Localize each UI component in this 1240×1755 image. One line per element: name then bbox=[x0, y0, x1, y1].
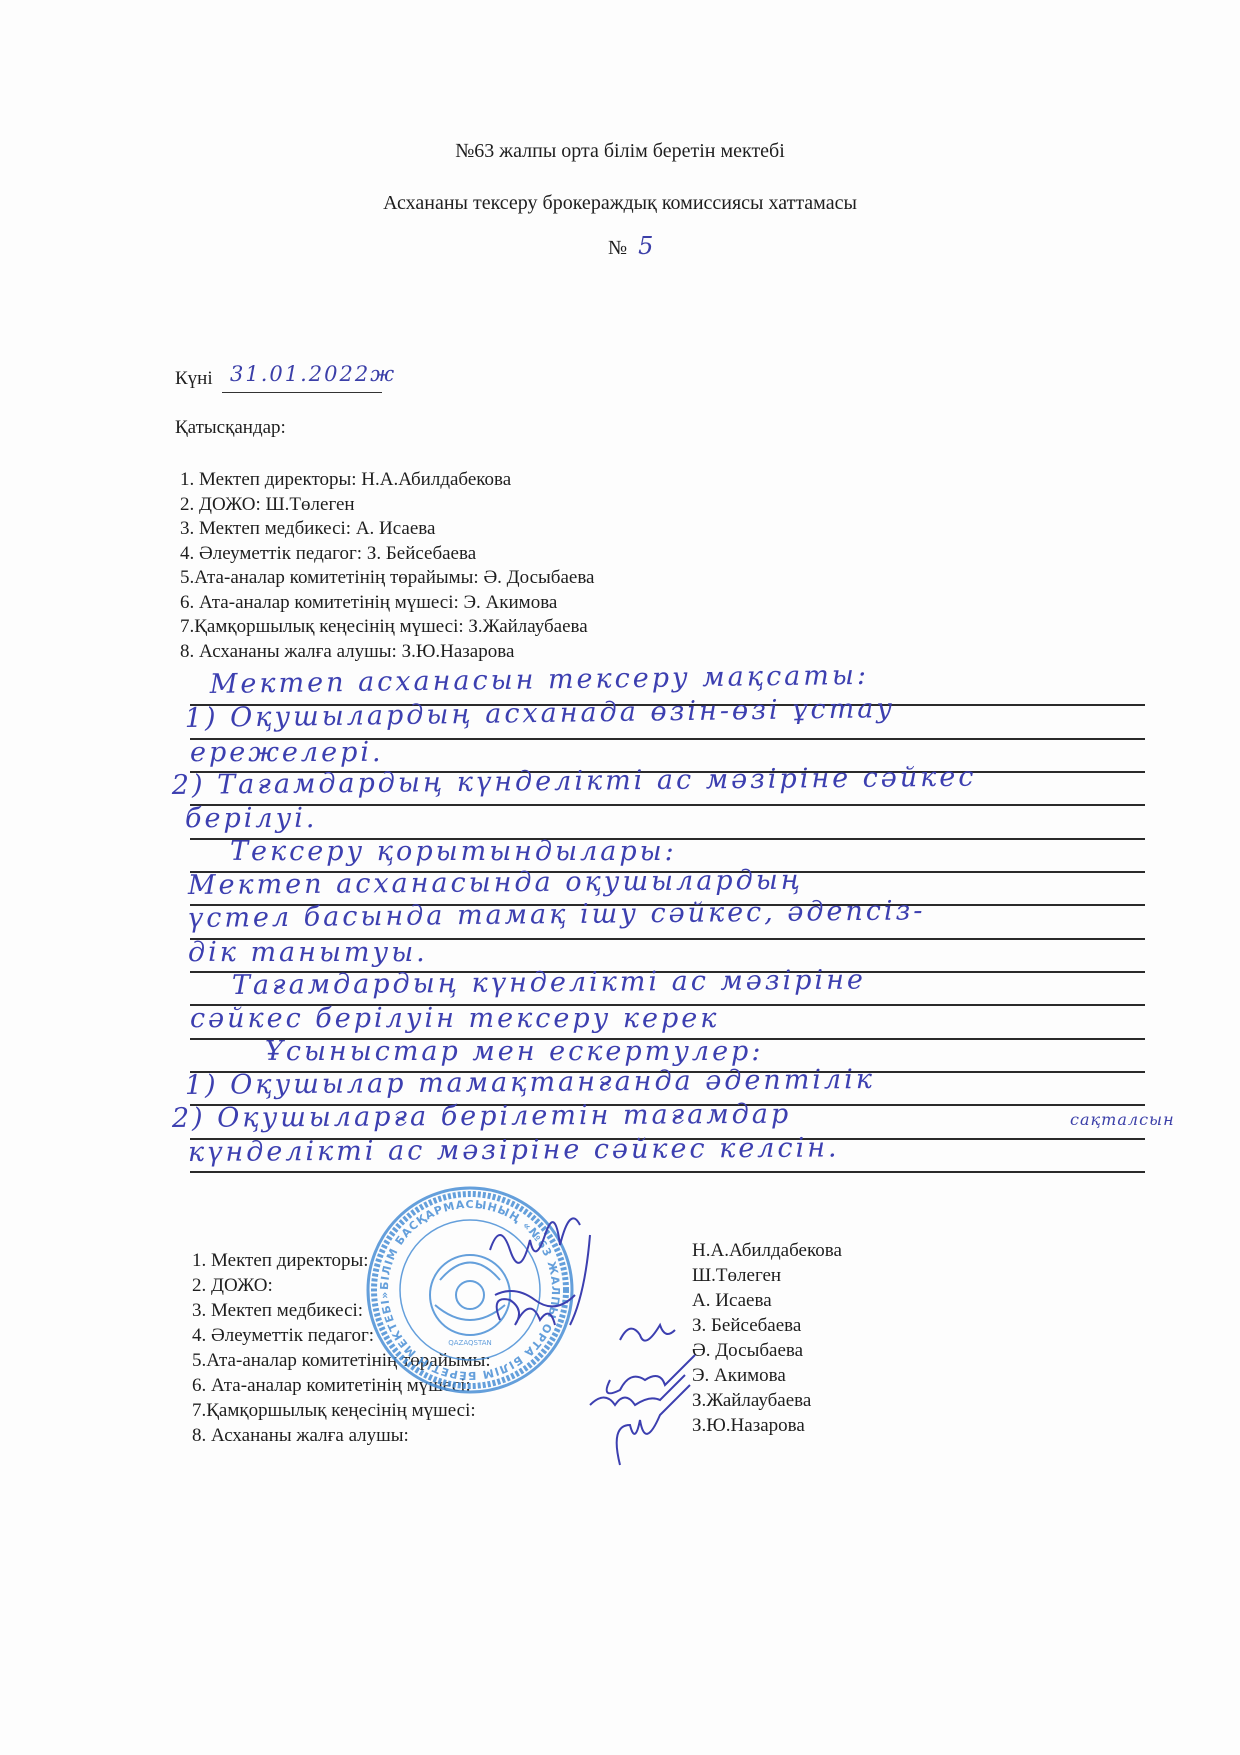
handwritten-line: күнделікті ас мәзіріне сәйкес келсін. bbox=[188, 1132, 840, 1168]
protocol-number-label: № bbox=[608, 237, 627, 259]
handwritten-line: 2) Оқушыларға берілетін тағамдар bbox=[172, 1099, 792, 1134]
handwritten-line: ережелері. bbox=[190, 737, 384, 768]
date-underline bbox=[222, 392, 382, 393]
participant-item: 8. Асхананы жалға алушы: З.Ю.Назарова bbox=[180, 640, 595, 665]
handwritten-line: 1) Оқушылардың асханада өзін-өзі ұстау bbox=[185, 693, 896, 734]
margin-note: сақталсын bbox=[1070, 1110, 1175, 1129]
participant-item: 3. Мектеп медбикесі: А. Исаева bbox=[180, 517, 595, 542]
participant-item: 4. Әлеуметтік педагог: З. Бейсебаева bbox=[180, 542, 595, 567]
handwritten-line: дік танытуы. bbox=[188, 937, 428, 968]
handwritten-line: Ұсыныстар мен ескертулер: bbox=[265, 1036, 763, 1067]
school-name: №63 жалпы орта білім беретін мектебі bbox=[0, 140, 1240, 163]
participant-item: 5.Ата-аналар комитетінің төрайымы: Ә. До… bbox=[180, 566, 595, 591]
handwritten-line: берілуі. bbox=[185, 803, 317, 834]
participant-item: 6. Ата-аналар комитетінің мүшесі: Э. Аки… bbox=[180, 591, 595, 616]
signature-role: 7.Қамқоршылық кеңесінің мүшесі: bbox=[192, 1398, 491, 1423]
handwritten-line: Тексеру қорытындылары: bbox=[230, 836, 677, 867]
participant-item: 7.Қамқоршылық кеңесінің мүшесі: З.Жайлау… bbox=[180, 615, 595, 640]
protocol-number-value: 5 bbox=[638, 232, 655, 260]
handwritten-line: Мектеп асханасында оқушылардың bbox=[188, 865, 803, 901]
participants-list: 1. Мектеп директоры: Н.А.Абилдабекова 2.… bbox=[180, 468, 595, 664]
participants-heading: Қатысқандар: bbox=[175, 417, 286, 439]
date-value: 31.01.2022ж bbox=[230, 362, 396, 386]
ruled-line bbox=[190, 804, 1145, 806]
handwritten-line: сәйкес берілуін тексеру керек bbox=[190, 1003, 719, 1034]
participant-item: 2. ДОЖО: Ш.Төлеген bbox=[180, 493, 595, 518]
participant-item: 1. Мектеп директоры: Н.А.Абилдабекова bbox=[180, 468, 595, 493]
handwritten-line: Тағамдардың күнделікті ас мәзіріне bbox=[232, 964, 866, 1001]
date-label: Күні bbox=[175, 368, 213, 390]
signature-role: 8. Асхананы жалға алушы: bbox=[192, 1423, 491, 1448]
handwritten-line: 1) Оқушылар тамақтанғанда әдептілік bbox=[185, 1064, 875, 1101]
ruled-line bbox=[190, 1171, 1145, 1173]
signatures-scribble-icon bbox=[470, 1210, 730, 1470]
handwritten-line: үстел басында тамақ ішу сәйкес, әдепсіз- bbox=[188, 895, 926, 934]
document-title: Асхананы тексеру брокераждық комиссиясы … bbox=[0, 192, 1240, 215]
protocol-number: № 5 bbox=[608, 232, 655, 260]
